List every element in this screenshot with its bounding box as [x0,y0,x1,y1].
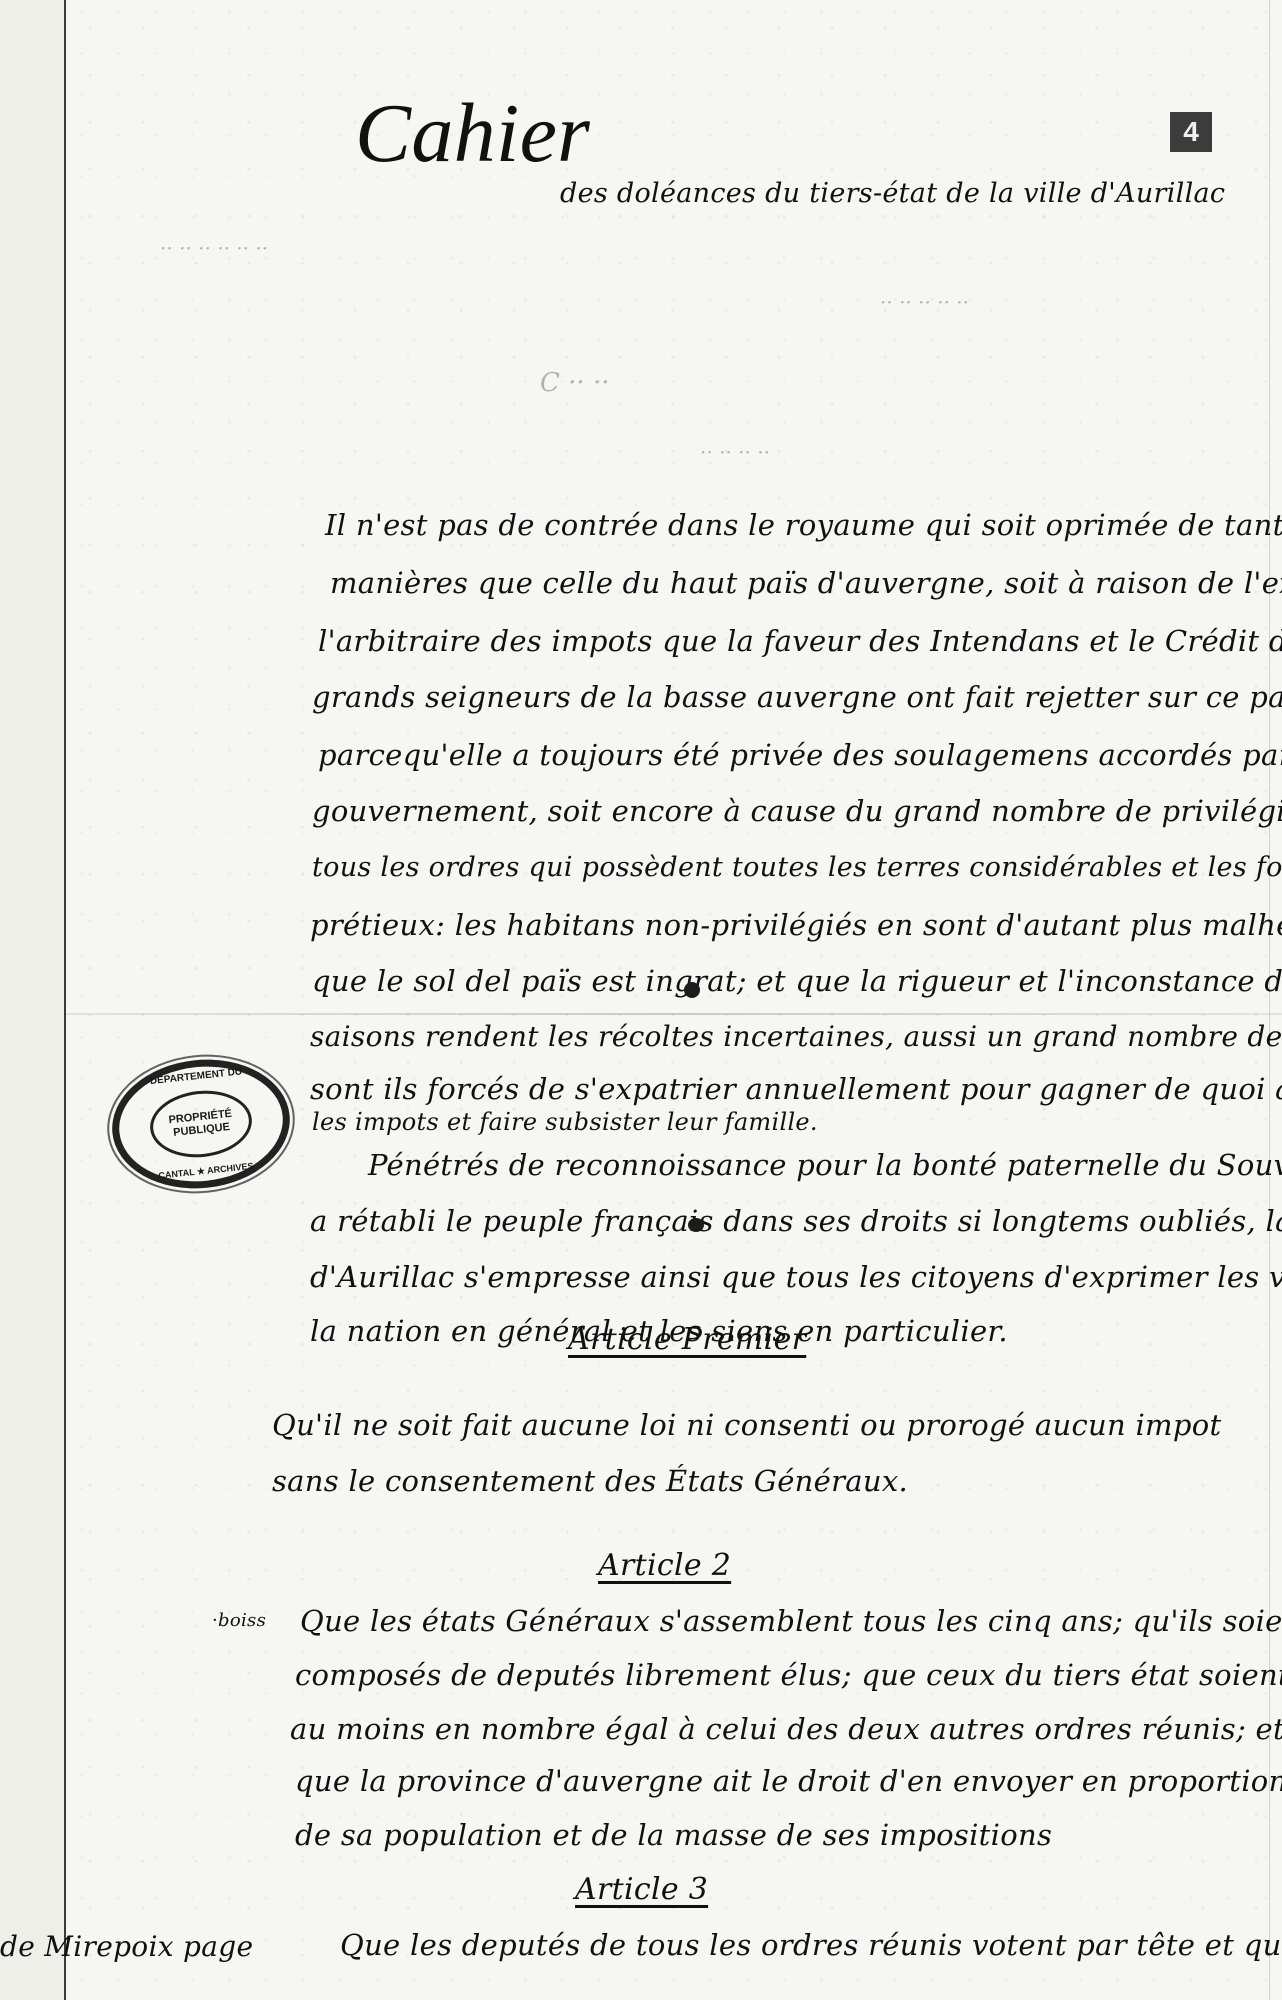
text-line: a rétabli le peuple français dans ses dr… [310,1204,1282,1238]
text-line: saisons rendent les récoltes incertaines… [310,1020,1282,1053]
paper-fold [64,1013,1282,1015]
stamp-ring-bottom: CANTAL ★ ARCHIVES [124,1157,288,1185]
archive-stamp: DÉPARTEMENT DU PROPRIÉTÉ PUBLIQUE CANTAL… [106,1051,296,1197]
text-line: grands seigneurs de la basse auvergne on… [312,680,1282,714]
paper-edge [1269,0,1270,2000]
title-rest: des doléances du tiers-état de la ville … [560,178,1225,209]
text-line: l'arbitraire des impots que la faveur de… [318,624,1282,658]
bleedthrough-text: ·· ·· ·· ·· [700,440,770,464]
text-line: que le sol del païs est ingrat; et que l… [312,964,1282,998]
page-number-badge: 4 [1170,112,1212,152]
text-line: sont ils forcés de s'expatrier annuellem… [310,1072,1282,1106]
article-heading: Article 2 [598,1548,731,1583]
margin-note: de Mirepoix page [0,1930,253,1963]
text-line: les impots et faire subsister leur famil… [312,1108,818,1136]
text-line: sans le consentement des États Généraux. [272,1464,908,1498]
text-line: Il n'est pas de contrée dans le royaume … [325,508,1282,542]
text-line: prétieux: les habitans non-privilégiés e… [310,908,1282,942]
document-page: Cahier des doléances du tiers-état de la… [0,0,1282,2000]
article-heading: Article 3 [575,1872,708,1907]
text-line: d'Aurillac s'empresse ainsi que tous les… [310,1260,1282,1294]
text-line: parcequ'elle a toujours été privée des s… [318,738,1282,772]
text-line: au moins en nombre égal à celui des deux… [290,1712,1282,1746]
text-line: gouvernement, soit encore à cause du gra… [312,794,1282,828]
article-heading: Article Premier [568,1322,806,1357]
bleedthrough-text: ·· ·· ·· ·· ·· ·· [160,236,268,260]
text-line: tous les ordres qui possèdent toutes les… [312,852,1282,883]
text-line: que la province d'auvergne ait le droit … [295,1764,1282,1798]
text-line: composés de deputés librement élus; que … [295,1658,1282,1692]
text-line: Que les états Généraux s'assemblent tous… [300,1604,1282,1638]
text-line: Pénétrés de reconnoissance pour la bonté… [368,1148,1282,1182]
stamp-center: PROPRIÉTÉ PUBLIQUE [147,1086,255,1162]
text-line: manières que celle du haut païs d'auverg… [330,566,1282,600]
bleedthrough-text: C ·· ·· [540,368,609,398]
text-line: Que les deputés de tous les ordres réuni… [340,1928,1282,1962]
binding-strip [0,0,66,2000]
bleedthrough-text: ·· ·· ·· ·· ·· [880,290,969,314]
title-initial: Cahier [355,92,590,176]
ink-blot [688,1218,704,1232]
stamp-ring-top: DÉPARTEMENT DU [114,1063,278,1091]
ink-blot [684,982,700,998]
margin-mark: ·boiss [212,1610,266,1631]
text-line: Qu'il ne soit fait aucune loi ni consent… [272,1408,1221,1442]
text-line: de sa population et de la masse de ses i… [295,1818,1052,1852]
